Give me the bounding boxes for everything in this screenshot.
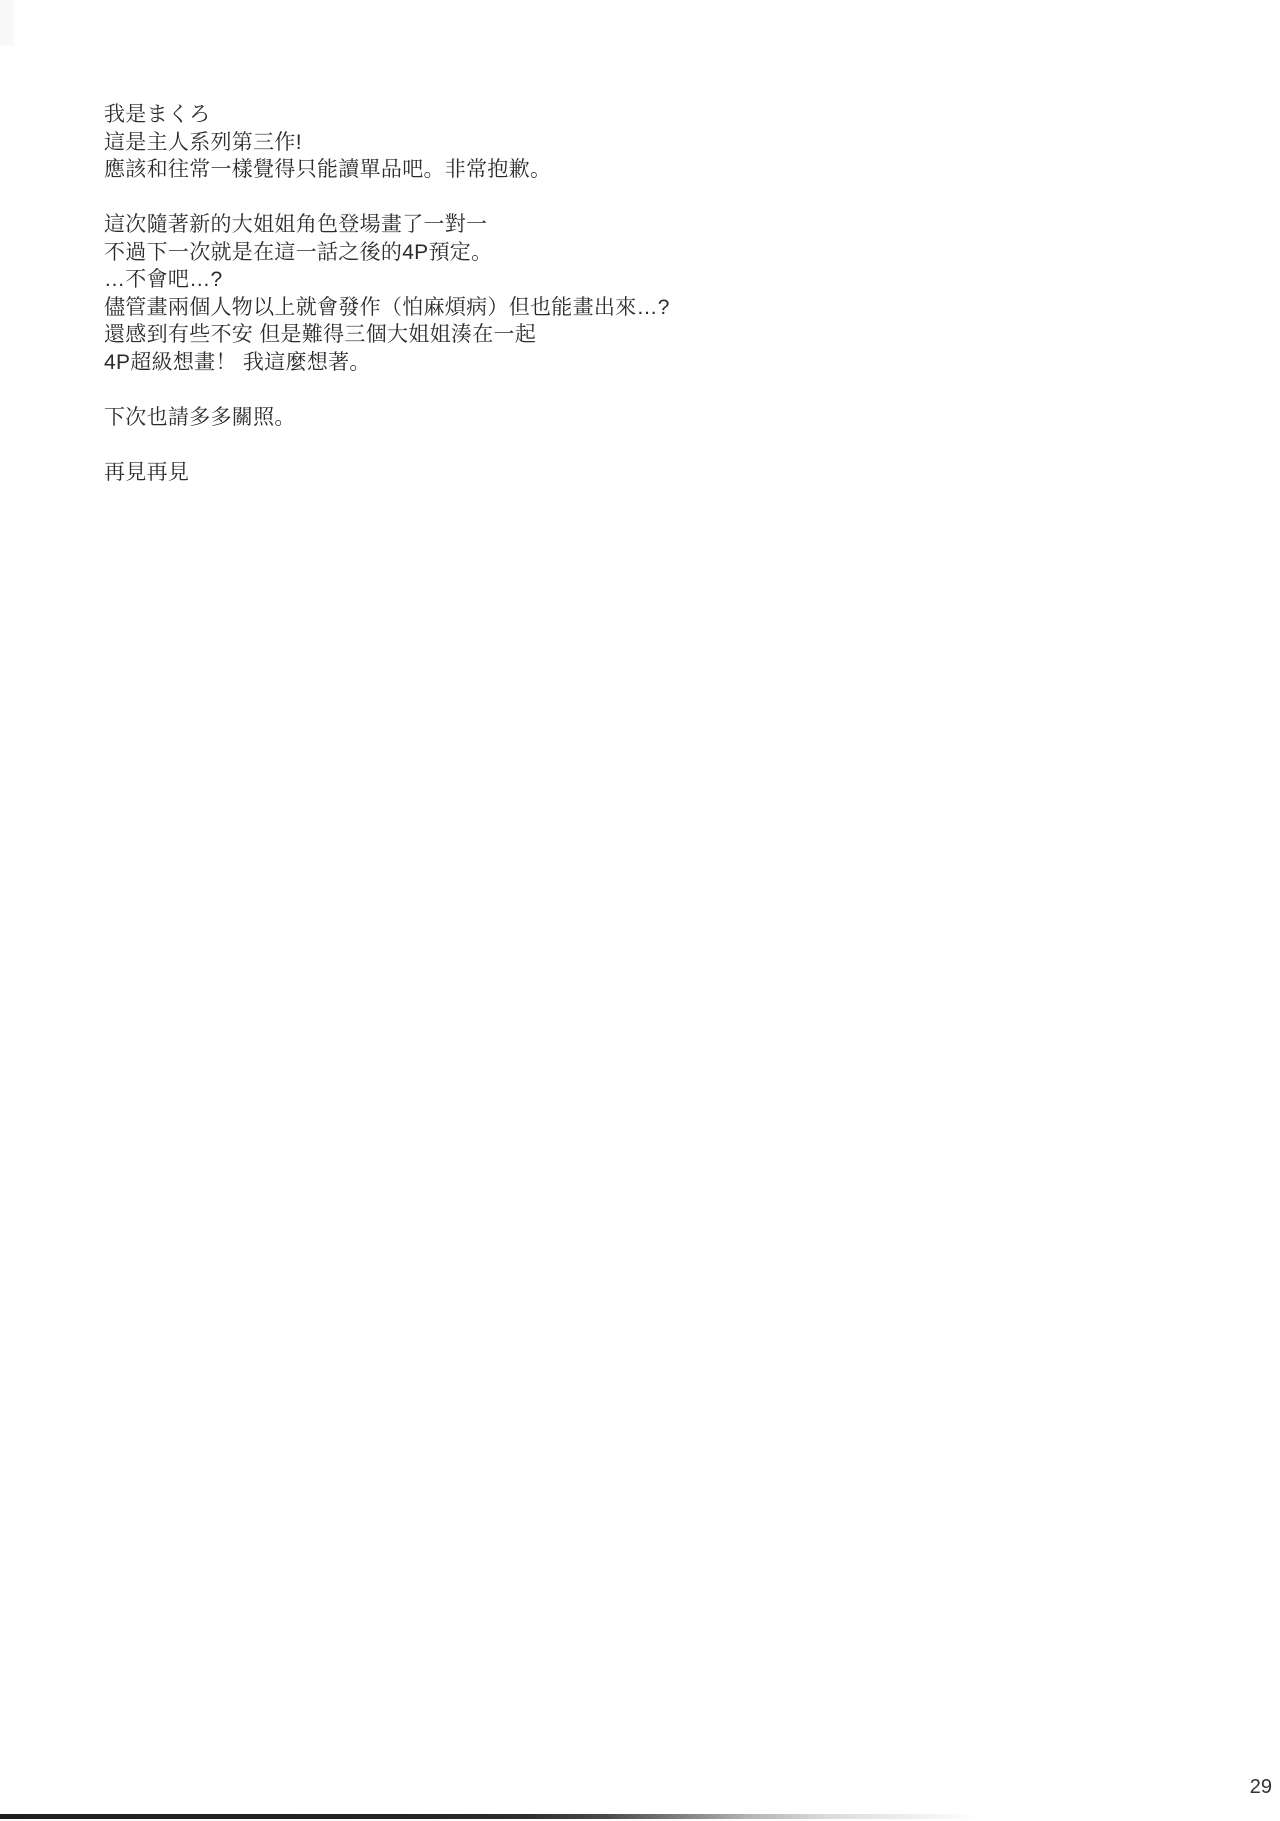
afterword-paragraph: 下次也請多多關照。	[104, 404, 670, 432]
afterword-paragraph: 我是まくろ這是主人系列第三作!應該和往常一樣覺得只能讀單品吧。非常抱歉。	[104, 101, 670, 184]
afterword-line: …不會吧…?	[104, 266, 670, 294]
page-number: 29	[1250, 1776, 1272, 1798]
afterword-line: 不過下一次就是在這一話之後的4P預定。	[104, 239, 670, 267]
scan-artifact-corner	[0, 0, 14, 46]
afterword-line: 這是主人系列第三作!	[104, 129, 670, 157]
scanned-afterword-page: 我是まくろ這是主人系列第三作!應該和往常一樣覺得只能讀單品吧。非常抱歉。這次隨著…	[0, 0, 1280, 1821]
afterword-line: 儘管畫兩個人物以上就會發作（怕麻煩病）但也能畫出來…?	[104, 294, 670, 322]
afterword-line: 再見再見	[104, 459, 670, 487]
afterword-line: 應該和往常一樣覺得只能讀單品吧。非常抱歉。	[104, 156, 670, 184]
afterword-line: 4P超級想畫！ 我這麼想著。	[104, 349, 670, 377]
afterword-paragraph: 再見再見	[104, 459, 670, 487]
scan-artifact-bottom-line	[0, 1814, 1010, 1819]
afterword-line: 還感到有些不安 但是難得三個大姐姐湊在一起	[104, 321, 670, 349]
afterword-paragraph: 這次隨著新的大姐姐角色登場畫了一對一不過下一次就是在這一話之後的4P預定。…不會…	[104, 211, 670, 376]
afterword-line: 這次隨著新的大姐姐角色登場畫了一對一	[104, 211, 670, 239]
afterword-line: 下次也請多多關照。	[104, 404, 670, 432]
afterword-line: 我是まくろ	[104, 101, 670, 129]
afterword-text: 我是まくろ這是主人系列第三作!應該和往常一樣覺得只能讀單品吧。非常抱歉。這次隨著…	[104, 101, 670, 514]
